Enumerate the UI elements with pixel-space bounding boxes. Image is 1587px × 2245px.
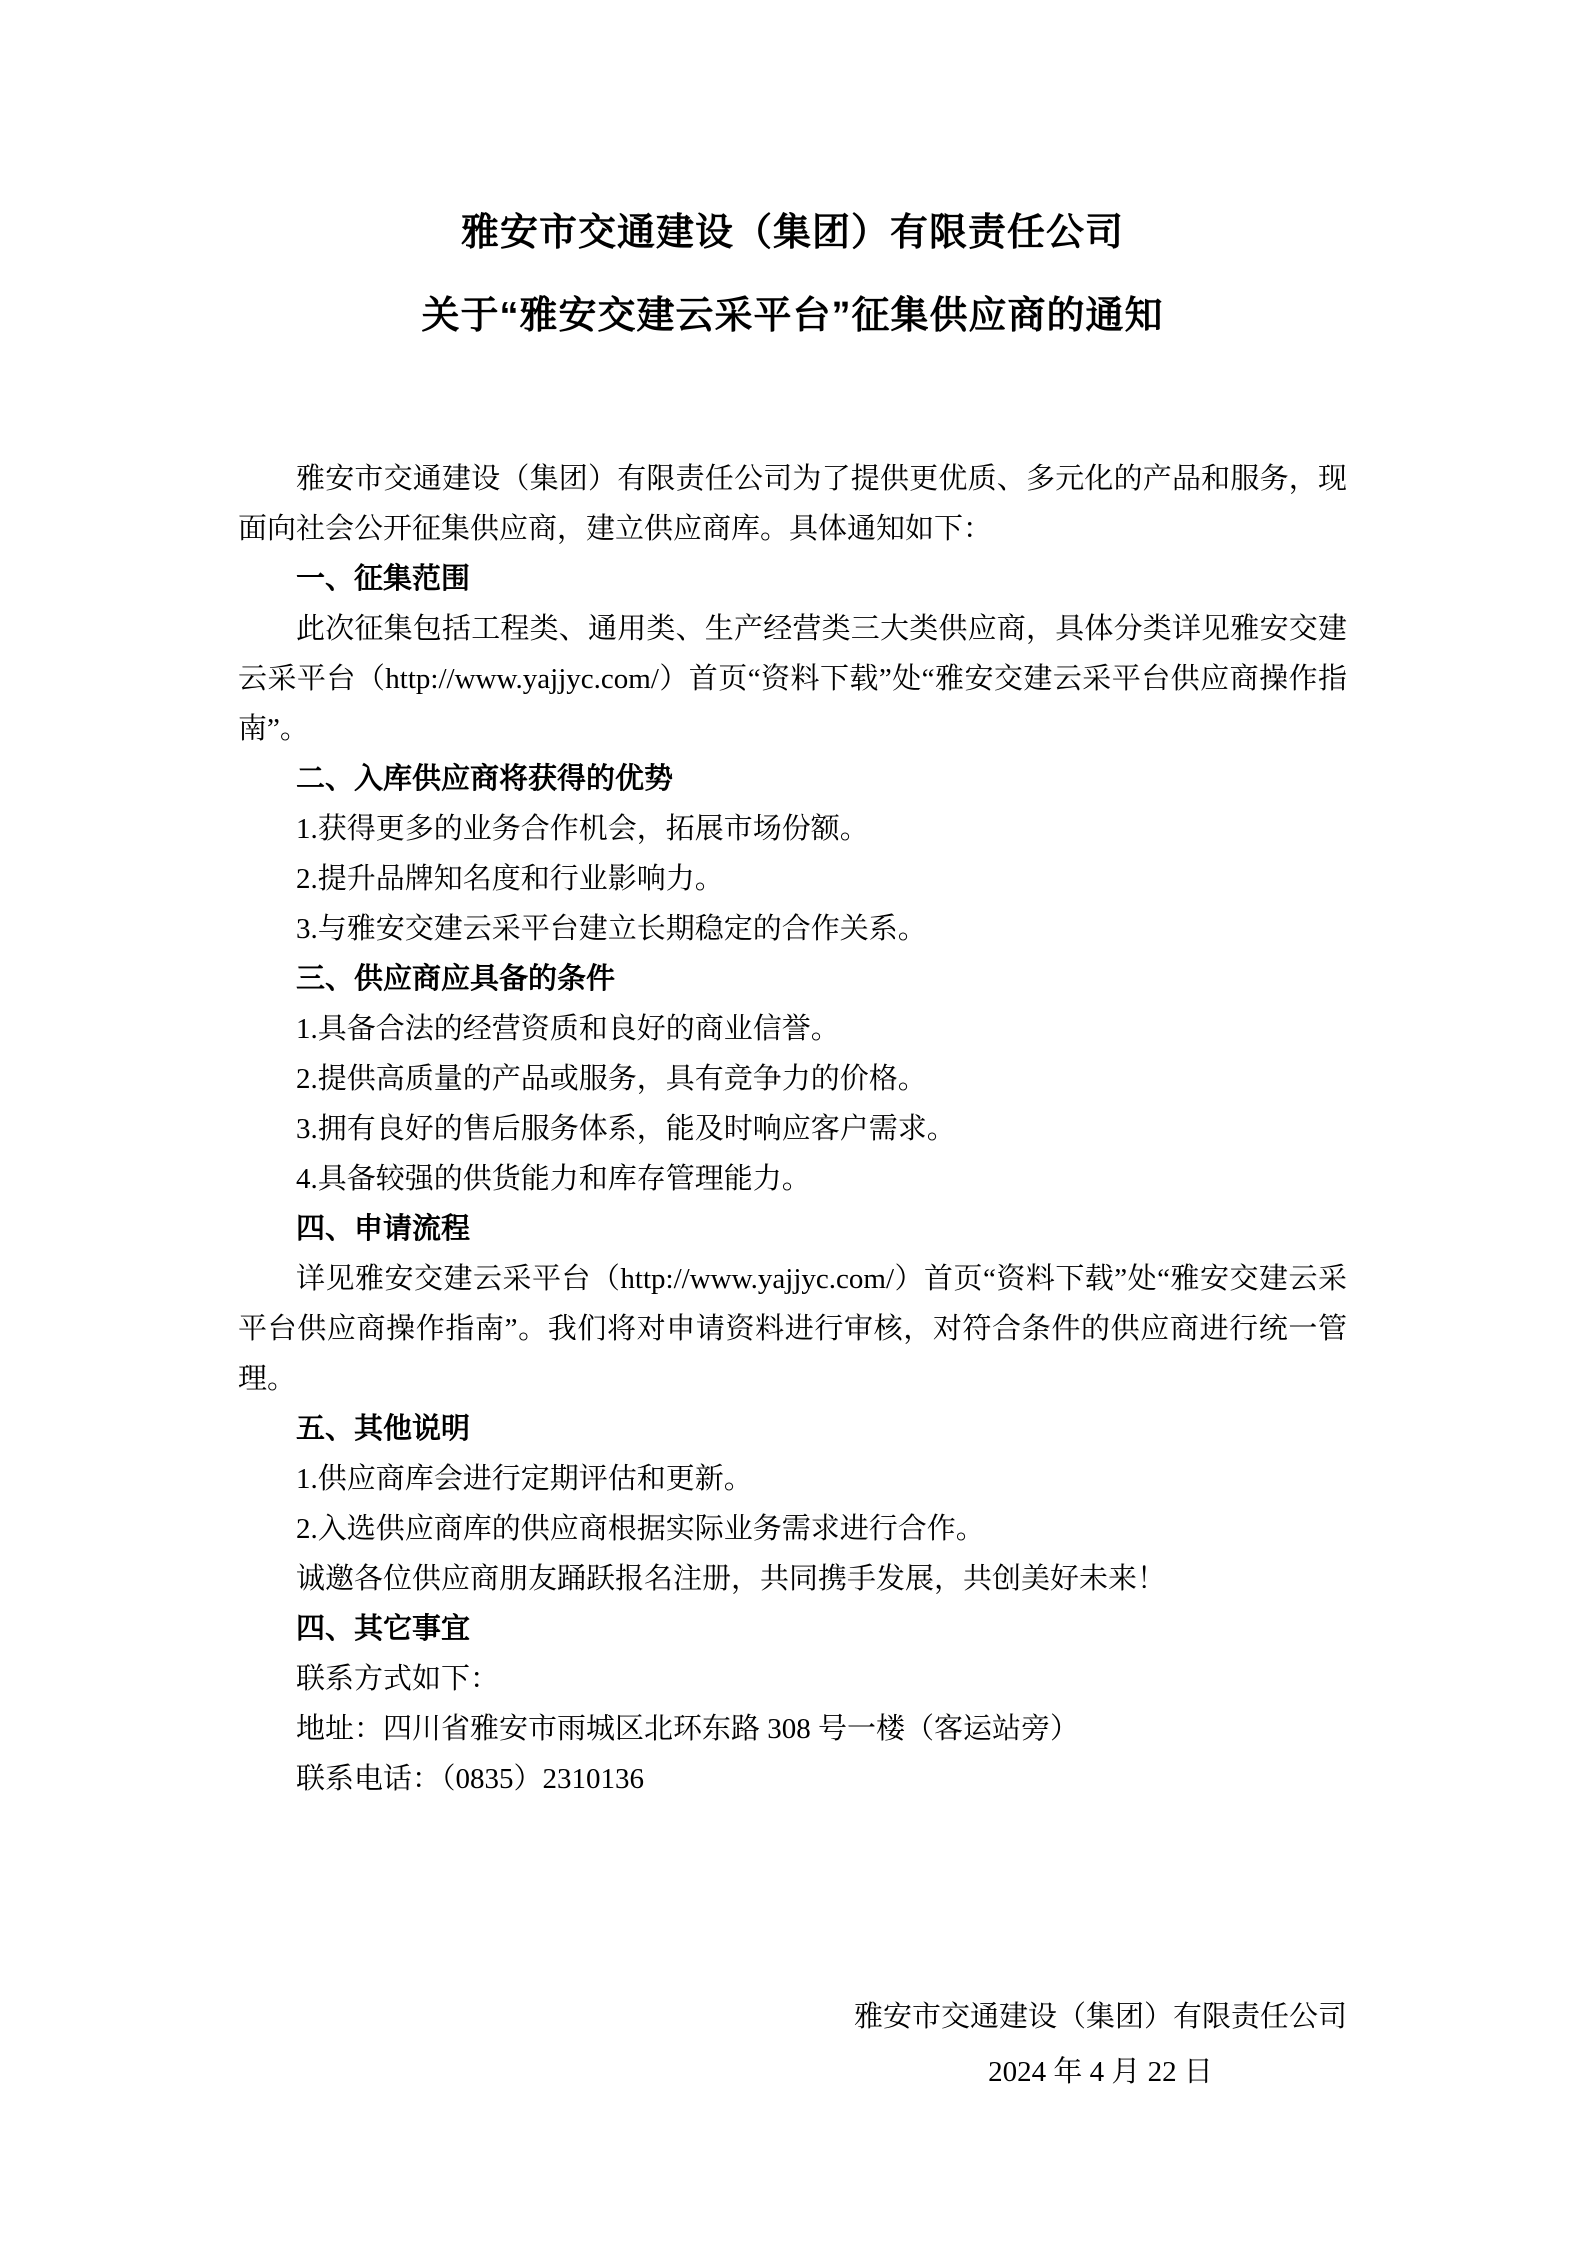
section-heading: 四、申请流程 — [238, 1204, 1347, 1254]
body-paragraph: 雅安市交通建设（集团）有限责任公司为了提供更优质、多元化的产品和服务，现面向社会… — [238, 454, 1347, 554]
document-content: 雅安市交通建设（集团）有限责任公司 关于“雅安交建云采平台”征集供应商的通知 雅… — [238, 0, 1347, 2097]
signature-block: 雅安市交通建设（集团）有限责任公司 2024 年 4 月 22 日 — [854, 1992, 1347, 2097]
section-heading: 四、其它事宜 — [238, 1604, 1347, 1654]
body-paragraph: 3.与雅安交建云采平台建立长期稳定的合作关系。 — [238, 904, 1347, 954]
document-page: 雅安市交通建设（集团）有限责任公司 关于“雅安交建云采平台”征集供应商的通知 雅… — [0, 0, 1587, 2245]
body-paragraph: 3.拥有良好的售后服务体系，能及时响应客户需求。 — [238, 1104, 1347, 1154]
body-paragraph: 联系方式如下： — [238, 1654, 1347, 1704]
document-body: 雅安市交通建设（集团）有限责任公司为了提供更优质、多元化的产品和服务，现面向社会… — [238, 454, 1347, 1804]
body-paragraph: 联系电话：（0835）2310136 — [238, 1754, 1347, 1804]
body-paragraph: 此次征集包括工程类、通用类、生产经营类三大类供应商，具体分类详见雅安交建云采平台… — [238, 604, 1347, 754]
body-paragraph: 详见雅安交建云采平台（http://www.yajjyc.com/）首页“资料下… — [238, 1254, 1347, 1404]
document-title-line1: 雅安市交通建设（集团）有限责任公司 — [238, 210, 1347, 256]
body-paragraph: 2.提供高质量的产品或服务，具有竞争力的价格。 — [238, 1054, 1347, 1104]
signature-company: 雅安市交通建设（集团）有限责任公司 — [854, 1992, 1347, 2042]
body-paragraph: 2.入选供应商库的供应商根据实际业务需求进行合作。 — [238, 1504, 1347, 1554]
section-heading: 三、供应商应具备的条件 — [238, 954, 1347, 1004]
signature-date: 2024 年 4 月 22 日 — [988, 2047, 1213, 2097]
document-title-line2: 关于“雅安交建云采平台”征集供应商的通知 — [238, 293, 1347, 339]
body-paragraph: 2.提升品牌知名度和行业影响力。 — [238, 854, 1347, 904]
section-heading: 二、入库供应商将获得的优势 — [238, 754, 1347, 804]
body-paragraph: 诚邀各位供应商朋友踊跃报名注册，共同携手发展，共创美好未来！ — [238, 1554, 1347, 1604]
body-paragraph: 1.具备合法的经营资质和良好的商业信誉。 — [238, 1004, 1347, 1054]
body-paragraph: 1.供应商库会进行定期评估和更新。 — [238, 1454, 1347, 1504]
body-paragraph: 1.获得更多的业务合作机会，拓展市场份额。 — [238, 804, 1347, 854]
body-paragraph: 4.具备较强的供货能力和库存管理能力。 — [238, 1154, 1347, 1204]
section-heading: 五、其他说明 — [238, 1404, 1347, 1454]
body-paragraph: 地址：四川省雅安市雨城区北环东路 308 号一楼（客运站旁） — [238, 1704, 1347, 1754]
section-heading: 一、征集范围 — [238, 554, 1347, 604]
